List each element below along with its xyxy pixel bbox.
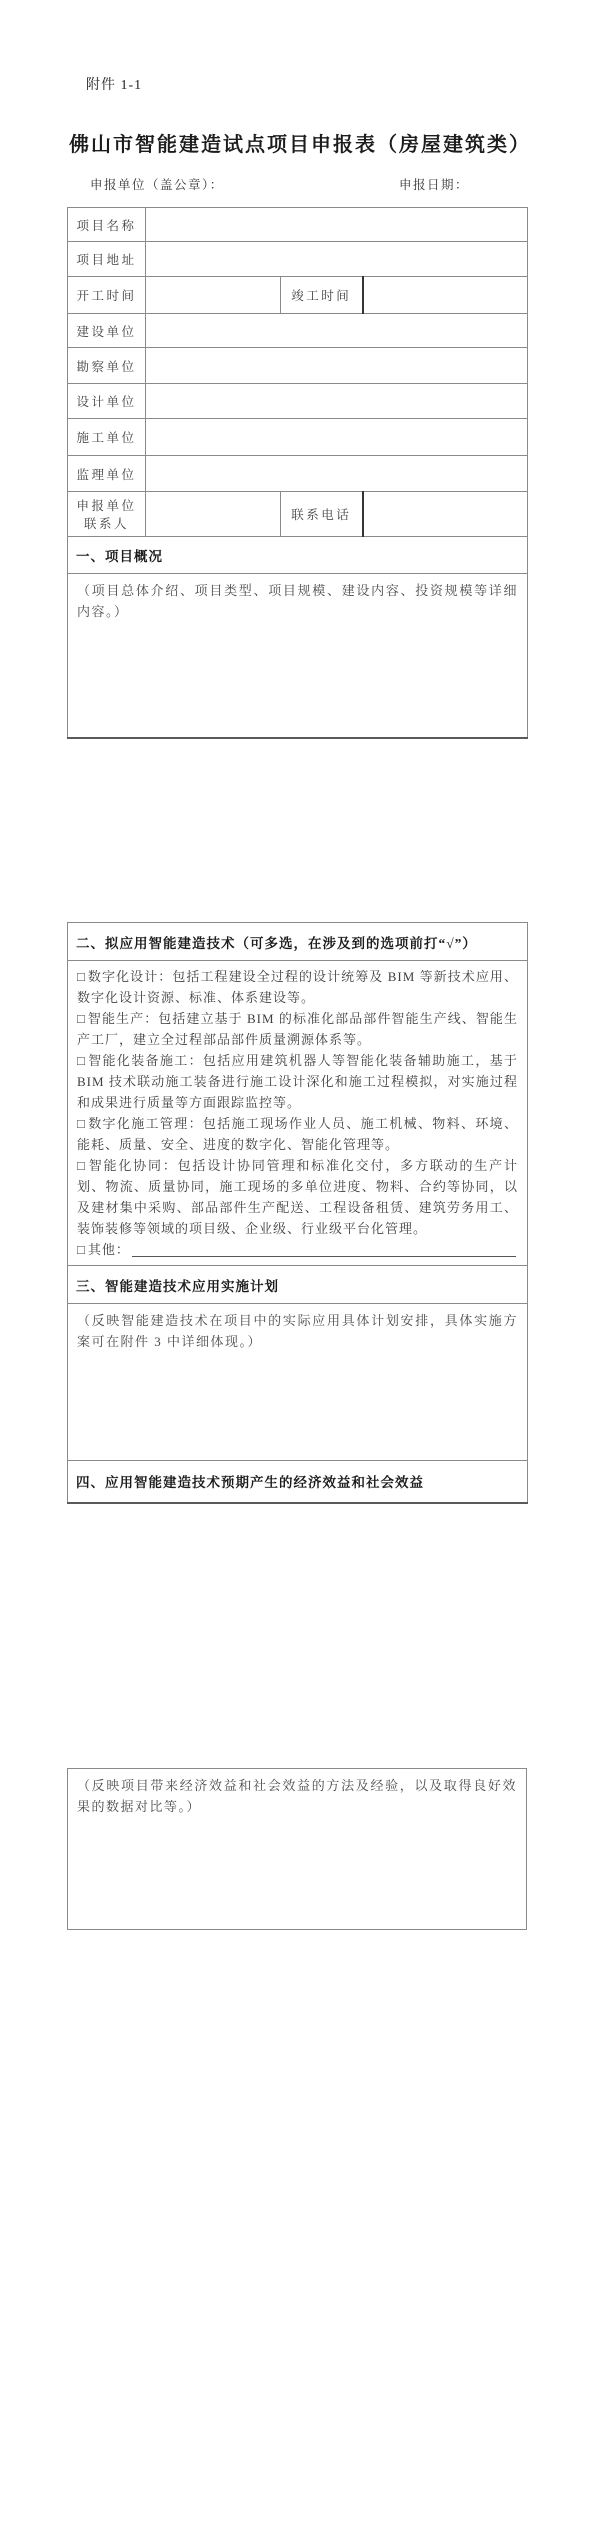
option-digital-design: □数字化设计：包括工程建设全过程的设计统筹及 BIM 等新技术应用、数字化设计资… — [77, 966, 518, 1008]
option-smart-equipment-construction-text: 智能化装备施工：包括应用建筑机器人等智能化装备辅助施工，基于 BIM 技术联动施… — [77, 1053, 518, 1110]
contact-phone-label: 联系电话 — [281, 492, 363, 537]
table-row: 建设单位 — [68, 314, 528, 348]
other-fill-in-line[interactable] — [132, 1242, 516, 1257]
table-row: 一、项目概况 — [68, 537, 528, 574]
table-row: 项目地址 — [68, 242, 528, 277]
supervision-unit-label: 监理单位 — [68, 456, 146, 492]
option-other: □其他： — [77, 1239, 518, 1260]
project-info-table: 项目名称 项目地址 开工时间 竣工时间 建设单位 勘察单位 设计单位 施工单位 … — [67, 207, 528, 739]
technology-options-area: □数字化设计：包括工程建设全过程的设计统筹及 BIM 等新技术应用、数字化设计资… — [68, 961, 528, 1266]
technology-table: 二、拟应用智能建造技术（可多选，在涉及到的选项前打“√”） □数字化设计：包括工… — [67, 922, 528, 1504]
table-row: （反映智能建造技术在项目中的实际应用具体计划安排，具体实施方案可在附件 3 中详… — [68, 1304, 528, 1461]
project-name-label: 项目名称 — [68, 208, 146, 242]
table-row: 施工单位 — [68, 419, 528, 456]
table-row: 申报单位 联系人 联系电话 — [68, 492, 528, 537]
project-address-label: 项目地址 — [68, 242, 146, 277]
table-row: 勘察单位 — [68, 348, 528, 384]
contact-phone-input[interactable] — [363, 492, 528, 537]
section4-note-box[interactable]: （反映项目带来经济效益和社会效益的方法及经验，以及取得良好效果的数据对比等。） — [67, 1768, 527, 1930]
table-row: 三、智能建造技术应用实施计划 — [68, 1266, 528, 1304]
applicant-contact-input[interactable] — [146, 492, 281, 537]
option-digital-construction-management: □数字化施工管理：包括施工现场作业人员、施工机械、物料、环境、能耗、质量、安全、… — [77, 1113, 518, 1155]
section4-heading: 四、应用智能建造技术预期产生的经济效益和社会效益 — [68, 1461, 528, 1503]
project-name-input[interactable] — [146, 208, 528, 242]
construction-owner-label: 建设单位 — [68, 314, 146, 348]
checkbox-icon[interactable]: □ — [77, 1239, 86, 1260]
option-smart-production: □智能生产：包括建立基于 BIM 的标准化部品部件智能生产线、智能生产工厂，建立… — [77, 1008, 518, 1050]
completion-date-label: 竣工时间 — [281, 277, 363, 314]
table-row: 项目名称 — [68, 208, 528, 242]
table-row: 设计单位 — [68, 384, 528, 419]
builder-unit-label: 施工单位 — [68, 419, 146, 456]
checkbox-icon[interactable]: □ — [77, 969, 86, 984]
form-subheader: 申报单位（盖公章）： 申报日期： — [67, 175, 527, 193]
checkbox-icon[interactable]: □ — [77, 1116, 86, 1131]
attachment-label: 附件 1-1 — [86, 74, 142, 94]
applicant-unit-label: 申报单位（盖公章）： — [67, 175, 224, 193]
option-other-label: 其他： — [88, 1239, 130, 1260]
section1-note-area[interactable]: （项目总体介绍、项目类型、项目规模、建设内容、投资规模等详细内容。） — [68, 574, 528, 738]
design-unit-label: 设计单位 — [68, 384, 146, 419]
survey-unit-input[interactable] — [146, 348, 528, 384]
applicant-contact-label-line1: 申报单位 — [74, 496, 139, 514]
section1-heading: 一、项目概况 — [68, 537, 528, 574]
section2-heading: 二、拟应用智能建造技术（可多选，在涉及到的选项前打“√”） — [68, 923, 528, 961]
builder-unit-input[interactable] — [146, 419, 528, 456]
table-row: □数字化设计：包括工程建设全过程的设计统筹及 BIM 等新技术应用、数字化设计资… — [68, 961, 528, 1266]
checkbox-icon[interactable]: □ — [77, 1158, 87, 1173]
option-smart-equipment-construction: □智能化装备施工：包括应用建筑机器人等智能化装备辅助施工，基于 BIM 技术联动… — [77, 1050, 518, 1113]
option-smart-collaboration-text: 智能化协同：包括设计协同管理和标准化交付，多方联动的生产计划、物流、质量协同，施… — [77, 1158, 518, 1236]
page-title: 佛山市智能建造试点项目申报表（房屋建筑类） — [0, 128, 600, 157]
table-row: 开工时间 竣工时间 — [68, 277, 528, 314]
option-digital-construction-management-text: 数字化施工管理：包括施工现场作业人员、施工机械、物料、环境、能耗、质量、安全、进… — [77, 1116, 518, 1152]
table-row: 二、拟应用智能建造技术（可多选，在涉及到的选项前打“√”） — [68, 923, 528, 961]
option-smart-production-text: 智能生产：包括建立基于 BIM 的标准化部品部件智能生产线、智能生产工厂，建立全… — [77, 1011, 518, 1047]
design-unit-input[interactable] — [146, 384, 528, 419]
option-digital-design-text: 数字化设计：包括工程建设全过程的设计统筹及 BIM 等新技术应用、数字化设计资源… — [77, 969, 518, 1005]
supervision-unit-input[interactable] — [146, 456, 528, 492]
checkbox-icon[interactable]: □ — [77, 1053, 86, 1068]
construction-owner-input[interactable] — [146, 314, 528, 348]
table-row: 监理单位 — [68, 456, 528, 492]
table-row: 四、应用智能建造技术预期产生的经济效益和社会效益 — [68, 1461, 528, 1503]
start-date-input[interactable] — [146, 277, 281, 314]
application-date-label: 申报日期： — [399, 175, 527, 193]
section3-heading: 三、智能建造技术应用实施计划 — [68, 1266, 528, 1304]
section3-note-area[interactable]: （反映智能建造技术在项目中的实际应用具体计划安排，具体实施方案可在附件 3 中详… — [68, 1304, 528, 1461]
survey-unit-label: 勘察单位 — [68, 348, 146, 384]
checkbox-icon[interactable]: □ — [77, 1011, 86, 1026]
section4-note-text: （反映项目带来经济效益和社会效益的方法及经验，以及取得良好效果的数据对比等。） — [68, 1769, 526, 1823]
project-address-input[interactable] — [146, 242, 528, 277]
applicant-contact-label-line2: 联系人 — [74, 514, 139, 532]
completion-date-input[interactable] — [363, 277, 528, 314]
table-row: （项目总体介绍、项目类型、项目规模、建设内容、投资规模等详细内容。） — [68, 574, 528, 738]
applicant-contact-label: 申报单位 联系人 — [68, 492, 146, 537]
start-date-label: 开工时间 — [68, 277, 146, 314]
option-smart-collaboration: □智能化协同：包括设计协同管理和标准化交付，多方联动的生产计划、物流、质量协同，… — [77, 1155, 518, 1239]
